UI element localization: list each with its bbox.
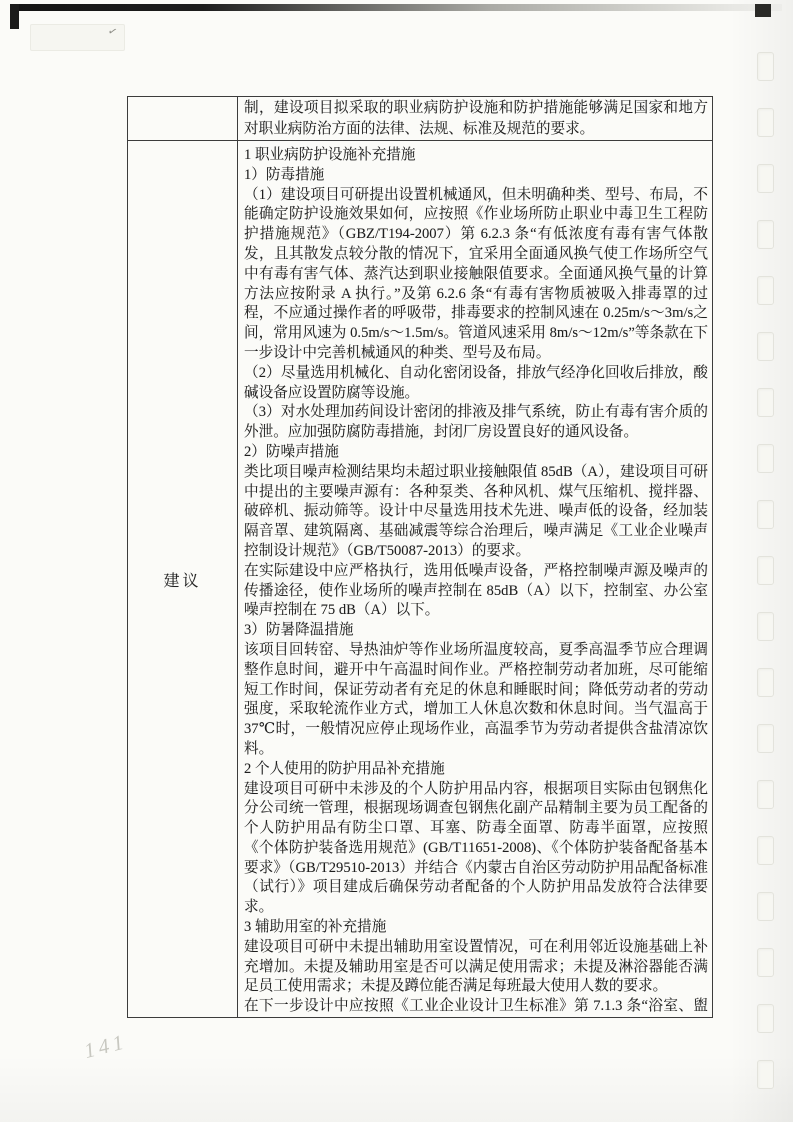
binder-hole [757, 836, 774, 865]
binder-hole [757, 892, 774, 921]
binder-hole [757, 220, 774, 249]
binder-hole [757, 164, 774, 193]
binder-hole [757, 500, 774, 529]
paragraph: 该项目回转窑、导热油炉等作业场所温度较高，夏季高温季节应合理调整作息时间，避开中… [244, 641, 708, 760]
paragraph: 类比项目噪声检测结果均未超过职业接触限值 85dB（A），建设项目可研中提出的主… [244, 463, 708, 562]
paragraph: （2）尽量选用机械化、自动化密闭设备，排放气经净化回收后排放，酸碱设备应设置防腐… [244, 364, 708, 404]
paragraph: 在下一步设计中应按照《工业企业设计卫生标准》第 7.1.3 条“浴室、盥洗室、厕… [244, 997, 708, 1017]
scan-corner-mark [755, 4, 771, 17]
suggestion-label: 建议 [163, 568, 201, 591]
binder-hole [757, 780, 774, 809]
suggestion-label-cell: 建议 [128, 141, 238, 1017]
binder-hole [757, 948, 774, 977]
scan-top-edge [10, 4, 782, 11]
binder-hole [757, 52, 774, 81]
paragraph: 建设项目可研中未涉及的个人防护用品内容，根据项目实际由包钢焦化分公司统一管理，根… [244, 780, 708, 919]
binder-hole [757, 108, 774, 137]
continuation-text: 制，建设项目拟采取的职业病防护设施和防护措施能够满足国家和地方对职业病防治方面的… [244, 98, 708, 140]
scanned-page: ✓ 141 制，建设项目拟采取的职业病防护设施和防护措施能够满足国家和地方对职业… [0, 0, 793, 1122]
suggestion-content-cell: 1 职业病防护设施补充措施1）防毒措施（1）建设项目可研提出设置机械通风，但未明… [238, 141, 712, 1017]
binder-hole [757, 556, 774, 585]
continuation-label-cell [128, 97, 238, 141]
paragraph: （3）对水处理加药间设计密闭的排液及排气系统，防止有毒有害介质的外泄。应加强防腐… [244, 403, 708, 443]
binder-hole [757, 332, 774, 361]
binder-hole [757, 1060, 774, 1089]
scan-left-corner [10, 4, 19, 29]
paragraph: （1）建设项目可研提出设置机械通风，但未明确种类、型号、布局，不能确定防护设施效… [244, 186, 708, 364]
binder-hole [757, 388, 774, 417]
continuation-text-cell: 制，建设项目拟采取的职业病防护设施和防护措施能够满足国家和地方对职业病防治方面的… [238, 97, 712, 141]
paragraph: 2）防噪声措施 [244, 443, 708, 463]
binder-hole [757, 444, 774, 473]
paragraph: 在实际建设中应严格执行，选用低噪声设备，严格控制噪声源及噪声的传播途径，使作业场… [244, 562, 708, 621]
paragraph: 2 个人使用的防护用品补充措施 [244, 760, 708, 780]
content-table: 制，建设项目拟采取的职业病防护设施和防护措施能够满足国家和地方对职业病防治方面的… [127, 96, 713, 1018]
paragraph: 建设项目可研中未提出辅助用室设置情况，可在利用邻近设施基础上补充增加。未提及辅助… [244, 938, 708, 997]
binder-hole [757, 668, 774, 697]
binder-hole [757, 612, 774, 641]
paragraph: 1 职业病防护设施补充措施 [244, 146, 708, 166]
handwritten-page-note: 141 [82, 1029, 130, 1064]
paragraph: 3 辅助用室的补充措施 [244, 918, 708, 938]
paragraph: 1）防毒措施 [244, 166, 708, 186]
binder-hole [757, 724, 774, 753]
binder-hole [757, 1004, 774, 1033]
paragraph: 3）防暑降温措施 [244, 621, 708, 641]
binder-hole [757, 276, 774, 305]
